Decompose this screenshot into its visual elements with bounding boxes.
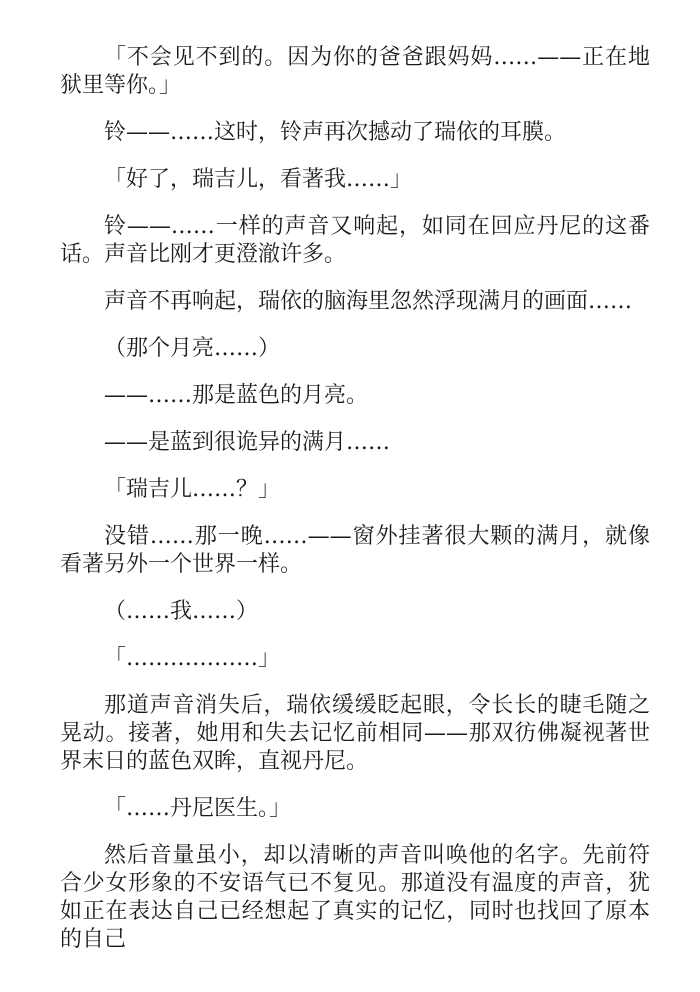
paragraph: 「………………」 [60, 645, 650, 673]
paragraph: 那道声音消失后，瑞依缓缓眨起眼，令长长的睫毛随之晃动。接著，她用和失去记忆前相同… [60, 692, 650, 776]
paragraph: ——……那是蓝色的月亮。 [60, 382, 650, 410]
paragraph: 「瑞吉儿……？」 [60, 476, 650, 504]
paragraph: 「好了，瑞吉儿，看著我……」 [60, 166, 650, 194]
paragraph: 「……丹尼医生。」 [60, 795, 650, 823]
paragraph: 然后音量虽小，却以清晰的声音叫唤他的名字。先前符合少女形象的不安语气已不复见。那… [60, 842, 650, 954]
paragraph: 声音不再响起，瑞依的脑海里忽然浮现满月的画面…… [60, 288, 650, 316]
paragraph: （……我……） [60, 598, 650, 626]
paragraph: 「不会见不到的。因为你的爸爸跟妈妈……——正在地狱里等你。」 [60, 44, 650, 100]
paragraph: ——是蓝到很诡异的满月…… [60, 429, 650, 457]
book-page: 「不会见不到的。因为你的爸爸跟妈妈……——正在地狱里等你。」 铃——……这时，铃… [0, 0, 700, 992]
paragraph: （那个月亮……） [60, 335, 650, 363]
paragraph: 没错……那一晚……——窗外挂著很大颗的满月，就像看著另外一个世界一样。 [60, 523, 650, 579]
paragraph: 铃——……这时，铃声再次撼动了瑞依的耳膜。 [60, 119, 650, 147]
paragraph: 铃——……一样的声音又响起，如同在回应丹尼的这番话。声音比刚才更澄澈许多。 [60, 213, 650, 269]
